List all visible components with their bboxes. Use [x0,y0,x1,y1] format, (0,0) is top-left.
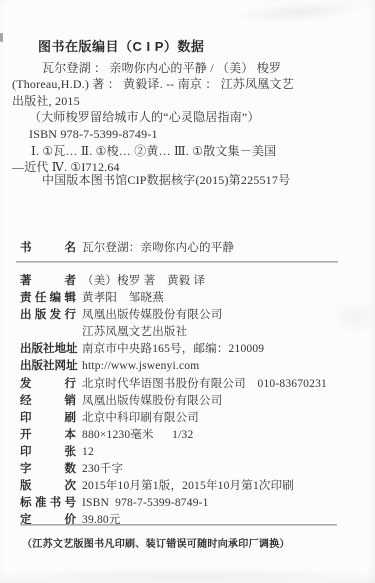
cip-line-isbn: ISBN 978-7-5399-8749-1 [12,126,360,142]
cip-line-title: 瓦尔登湖 ： 亲吻你内心的平静 / （美） 梭罗 [12,60,360,76]
cip-record-number: 中国版本图书馆CIP数据核字(2015)第225517号 [42,171,290,188]
table-row: 责任编辑黄孝阳 邹晓燕 [20,290,368,307]
row-label: 版次 [20,478,76,495]
row-label: 经销 [20,393,76,410]
row-label: 著者 [20,273,76,290]
row-label: 定价 [20,512,76,529]
exchange-notice: （江苏文艺版图书凡印刷、装订错误可随时向承印厂调换） [22,535,290,550]
row-label: 开本 [20,427,76,444]
book-copyright-page: 图书在版编目（C I P）数据 瓦尔登湖 ： 亲吻你内心的平静 / （美） 梭罗… [0,0,375,583]
row-label: 标准书号 [20,495,76,512]
scan-smudge-top-right [229,0,370,27]
row-label: 发行 [20,376,76,393]
classification-line-1: Ⅰ. ①瓦… Ⅱ. ①梭… ②黄… Ⅲ. ①散文集－美国 [12,143,360,159]
row-label: 字数 [20,461,76,478]
row-value: 12 [76,444,94,461]
row-value: 230千字 [76,461,123,478]
row-value: 南京市中央路165号，邮编：210009 [76,341,264,358]
table-row: 字数230千字 [20,461,368,478]
row-value: 黄孝阳 邹晓燕 [76,290,164,307]
row-value: 凤凰出版传媒股份有限公司 江苏凤凰文艺出版社 [76,307,222,341]
colophon-table: 著者（美）梭罗 著 黄毅 译责任编辑黄孝阳 邹晓燕出版发行凤凰出版传媒股份有限公… [20,273,368,529]
book-title-row-host: 书名瓦尔登湖：亲吻你内心的平静 [20,240,360,257]
row-value: （美）梭罗 著 黄毅 译 [76,273,205,290]
row-value: 880×1230毫米 1/32 [76,427,193,444]
table-row: 书名瓦尔登湖：亲吻你内心的平静 [20,240,360,257]
row-label: 出版社网址 [20,358,76,375]
table-row: 标准书号ISBN 978-7-5399-8749-1 [20,495,368,512]
cip-line-author: (Thoreau,H.D.) 著 ： 黄毅译. -- 南京 ： 江苏凤凰文艺 [12,76,360,92]
row-value: http://www.jswenyi.com [76,358,199,375]
row-label: 责任编辑 [20,290,76,307]
scan-speck-left-edge [0,33,3,42]
row-value: 2015年10月第1版，2015年10月第1次印刷 [76,478,294,495]
table-row: 印刷北京中科印刷有限公司 [20,410,368,427]
table-row: 发行北京时代华语图书股份有限公司 010-83670231 [20,376,368,393]
row-label: 印张 [20,444,76,461]
cip-description-block: 瓦尔登湖 ： 亲吻你内心的平静 / （美） 梭罗 (Thoreau,H.D.) … [12,60,360,142]
row-label: 书名 [20,240,76,257]
cip-line-series-note: （大师梭罗留给城市人的“心灵隐居指南”） [12,109,360,125]
scan-smudge-bottom [0,568,375,582]
row-value: 凤凰出版传媒股份有限公司 [76,393,222,410]
table-row: 出版社网址http://www.jswenyi.com [20,358,368,375]
table-row: 定价39.80元 [20,512,368,529]
row-value: 39.80元 [76,512,121,529]
table-row: 版次2015年10月第1版，2015年10月第1次印刷 [20,478,368,495]
row-label: 出版发行 [20,307,76,324]
row-value: 瓦尔登湖：亲吻你内心的平静 [76,240,234,257]
divider-top [16,261,338,263]
row-value: 北京中科印刷有限公司 [76,410,199,427]
row-value: 北京时代华语图书股份有限公司 010-83670231 [76,376,327,393]
row-value: ISBN 978-7-5399-8749-1 [76,495,209,512]
table-row: 出版发行凤凰出版传媒股份有限公司 江苏凤凰文艺出版社 [20,307,368,341]
table-row: 出版社地址南京市中央路165号，邮编：210009 [20,341,368,358]
row-label: 印刷 [20,410,76,427]
table-row: 开本880×1230毫米 1/32 [20,427,368,444]
table-row: 印张12 [20,444,368,461]
cip-line-publisher: 出版社, 2015 [12,93,360,109]
divider-bottom [21,524,337,526]
cip-data-heading: 图书在版编目（C I P）数据 [38,36,204,55]
table-row: 经销凤凰出版传媒股份有限公司 [20,393,368,410]
row-label: 出版社地址 [20,341,76,358]
table-row: 著者（美）梭罗 著 黄毅 译 [20,273,368,290]
